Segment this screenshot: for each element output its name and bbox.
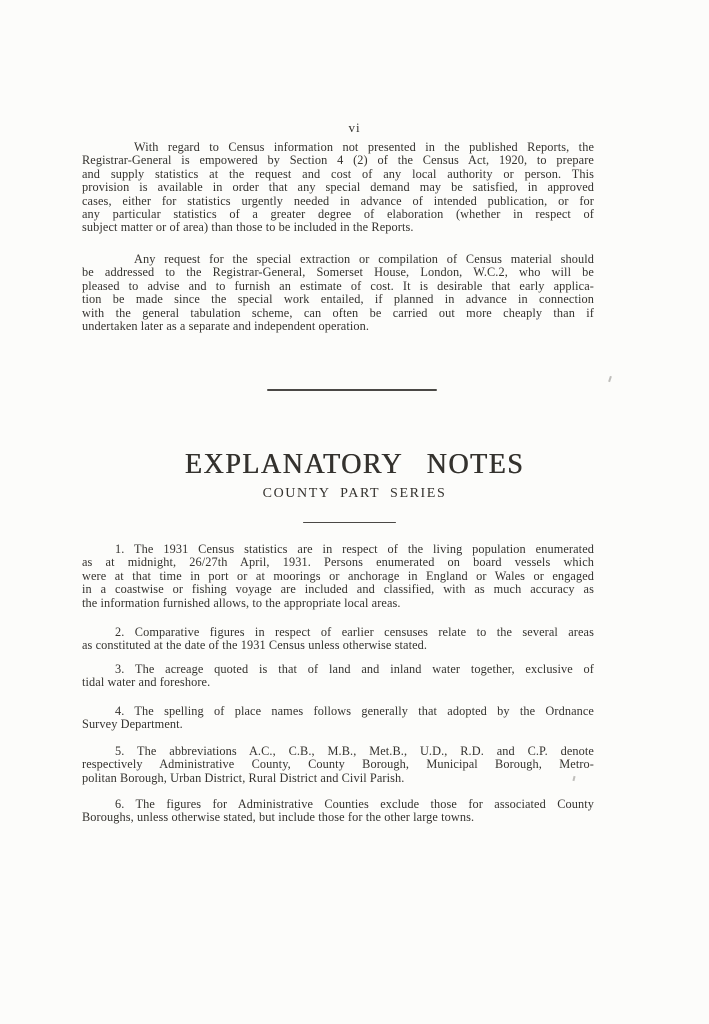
intro-paragraph-1: With regard to Census information not pr… bbox=[82, 141, 594, 235]
scan-artifact bbox=[84, 600, 86, 602]
subtitle-divider-rule bbox=[303, 522, 396, 523]
text-line: Any request for the special extraction o… bbox=[82, 253, 594, 266]
note-5: 5. The abbreviations A.C., C.B., M.B., M… bbox=[82, 745, 594, 785]
page-number: vi bbox=[0, 120, 709, 136]
text-line: tion be made since the special work enta… bbox=[82, 293, 594, 306]
text-line: Registrar-General is empowered by Sectio… bbox=[82, 154, 594, 167]
text-line: respectively Administrative County, Coun… bbox=[82, 758, 594, 771]
note-2: 2. Comparative figures in respect of ear… bbox=[82, 626, 594, 653]
text-line: as at midnight, 26/27th April, 1931. Per… bbox=[82, 556, 594, 569]
text-line: with the general tabulation scheme, can … bbox=[82, 307, 594, 320]
text-line: any particular statistics of a greater d… bbox=[82, 208, 594, 221]
text-line: Boroughs, unless otherwise stated, but i… bbox=[82, 811, 594, 824]
text-line: as constituted at the date of the 1931 C… bbox=[82, 639, 594, 652]
note-3: 3. The acreage quoted is that of land an… bbox=[82, 663, 594, 690]
text-line: 5. The abbreviations A.C., C.B., M.B., M… bbox=[82, 745, 594, 758]
text-line: pleased to advise and to furnish an esti… bbox=[82, 280, 594, 293]
text-line: tidal water and foreshore. bbox=[82, 676, 594, 689]
text-line: 3. The acreage quoted is that of land an… bbox=[82, 663, 594, 676]
note-1: 1. The 1931 Census statistics are in res… bbox=[82, 543, 594, 610]
text-line: in a coastwise or fishing voyage are inc… bbox=[82, 583, 594, 596]
section-title: EXPLANATORY NOTES bbox=[0, 449, 709, 481]
text-line: be addressed to the Registrar-General, S… bbox=[82, 266, 594, 279]
scan-artifact bbox=[608, 376, 612, 382]
text-line: 4. The spelling of place names follows g… bbox=[82, 705, 594, 718]
text-line: 2. Comparative figures in respect of ear… bbox=[82, 626, 594, 639]
note-4: 4. The spelling of place names follows g… bbox=[82, 705, 594, 732]
text-line: the information furnished allows, to the… bbox=[82, 597, 594, 610]
text-line: With regard to Census information not pr… bbox=[82, 141, 594, 154]
section-subtitle: COUNTY PART SERIES bbox=[0, 486, 709, 502]
text-line: undertaken later as a separate and indep… bbox=[82, 320, 594, 333]
text-line: were at that time in port or at moorings… bbox=[82, 570, 594, 583]
section-divider-rule bbox=[267, 389, 437, 391]
intro-paragraph-2: Any request for the special extraction o… bbox=[82, 253, 594, 333]
text-line: politan Borough, Urban District, Rural D… bbox=[82, 772, 594, 785]
text-line: provision is available in order that any… bbox=[82, 181, 594, 194]
text-line: subject matter or of area) than those to… bbox=[82, 221, 594, 234]
text-line: 1. The 1931 Census statistics are in res… bbox=[82, 543, 594, 556]
note-6: 6. The figures for Administrative Counti… bbox=[82, 798, 594, 825]
text-line: Survey Department. bbox=[82, 718, 594, 731]
text-line: 6. The figures for Administrative Counti… bbox=[82, 798, 594, 811]
text-line: and supply statistics at the request and… bbox=[82, 168, 594, 181]
text-line: cases, either for statistics urgently ne… bbox=[82, 195, 594, 208]
document-page: vi With regard to Census information not… bbox=[0, 0, 709, 1024]
